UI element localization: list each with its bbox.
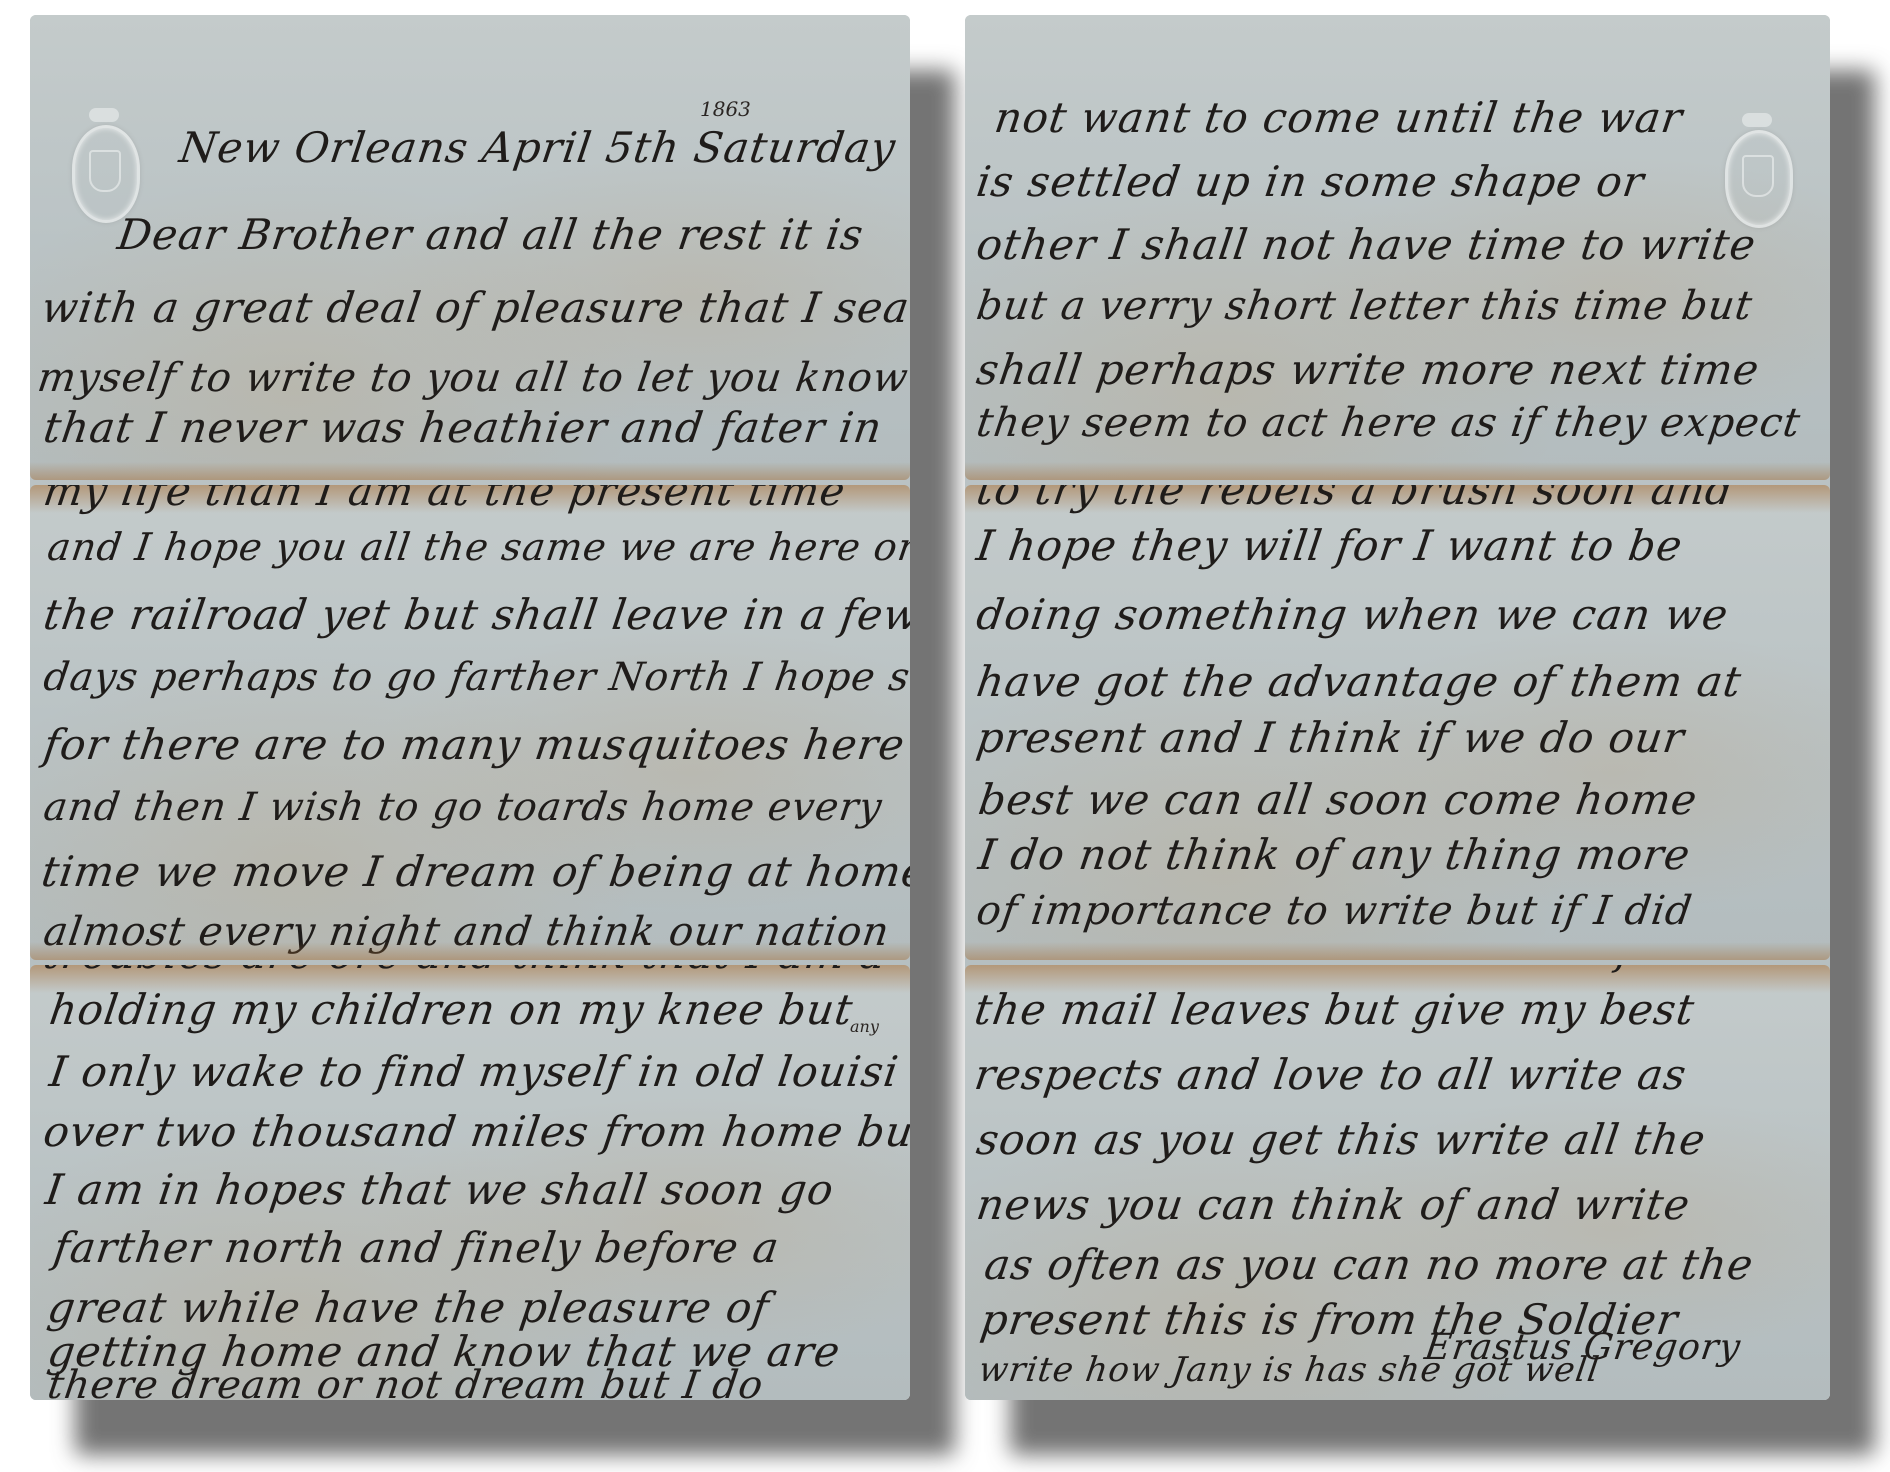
letter-page-left: 1863 New Orleans April 5th Saturday Dear… [30,15,910,1400]
letter-line: they seem to act here as if they expect [974,400,1804,446]
letter-line: that I never was heathier and fater in [41,403,886,452]
letter-line: and I hope you all the same we are here … [45,525,910,569]
letter-line: best we can all soon come home [976,775,1701,824]
postscript-line: write how Jany is has she got well [976,1350,1602,1390]
letter-line: as often as you can no more at the [982,1240,1757,1289]
letter-line: present and I think if we do our [974,713,1688,762]
letter-line: and then I wish to go toards home every [41,785,885,830]
letter-line: respects and love to all write as [972,1050,1690,1099]
embossed-crest-icon [72,125,140,223]
fold-panel-top: not want to come until the war is settle… [965,15,1830,480]
letter-line: I am in hopes that we shall soon go [43,1165,838,1214]
letter-page-right: not want to come until the war is settle… [965,15,1830,1400]
letter-line: the mail leaves but give my best [972,985,1698,1034]
letter-line: days perhaps to go farther North I hope … [41,655,910,700]
letter-line: great while have the pleasure of [45,1283,773,1332]
letter-line: time we move I dream of being at home [39,847,910,896]
letter-line: holding my children on my knee but [47,985,857,1034]
letter-line: troubles are ore and think that I am a [41,965,890,978]
year-note: 1863 [700,97,751,121]
fold-panel-bottom: I have not time to write it before the m… [965,965,1830,1400]
letter-line: Dear Brother and all the rest it is [115,210,867,259]
letter-line: I have not time to write it before [974,965,1711,974]
letter-line: I only wake to find myself in old louisi [47,1047,902,1096]
letter-line: there dream or not dream but I do [45,1363,767,1400]
letter-line: other I shall not have time to write [974,220,1760,269]
letter-line: with a great deal of pleasure that I sea… [39,283,910,332]
letter-line: my life than I am at the present time [41,485,849,515]
letter-line: myself to write to you all to let you kn… [35,355,910,401]
fold-panel-middle: to try the rebels a brush soon and I hop… [965,485,1830,960]
letter-line: shall perhaps write more next time [974,345,1763,394]
letter-line: is settled up in some shape or [974,157,1648,206]
letter-line: over two thousand miles from home but [41,1107,910,1156]
letter-line: soon as you get this write all the [974,1115,1710,1164]
insertion-caret-note: any [850,1017,879,1036]
letter-line: for there are to many musquitoes here [41,720,909,769]
letter-line: almost every night and think our nation [41,909,893,955]
letter-line: news you can think of and write [974,1180,1694,1229]
letter-line: to try the rebels a brush soon and [974,485,1737,514]
letter-line: have got the advantage of them at [974,657,1745,706]
fold-panel-middle: my life than I am at the present time an… [30,485,910,960]
letter-line: I do not think of any thing more [976,830,1694,879]
letter-line: of importance to write but if I did [974,888,1696,934]
letter-line: doing something when we can we [974,590,1732,639]
letter-line: I hope they will for I want to be [974,521,1686,570]
letter-line: the railroad yet but shall leave in a fe… [41,590,910,639]
fold-panel-bottom: troubles are ore and think that I am a h… [30,965,910,1400]
letter-line: farther north and finely before a [51,1223,783,1272]
fold-panel-top: 1863 New Orleans April 5th Saturday Dear… [30,15,910,480]
embossed-crest-icon [1725,130,1793,228]
heading-line: New Orleans April 5th Saturday [177,123,900,172]
letter-line: not want to come until the war [992,93,1686,142]
letter-line: but a verry short letter this time but [974,283,1756,329]
